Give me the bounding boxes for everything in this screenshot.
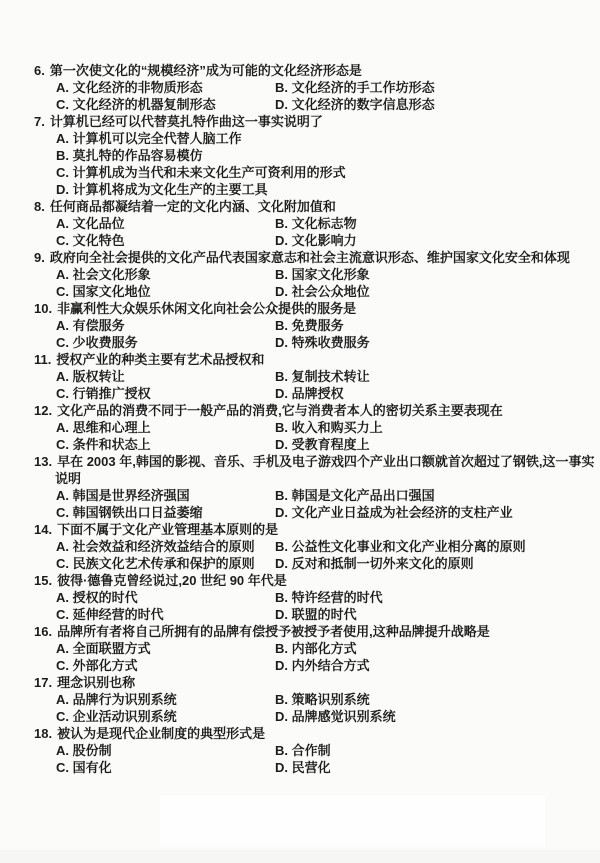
option-c: C. 韩国钢铁出口日益萎缩 bbox=[56, 504, 275, 521]
option-row: C. 韩国钢铁出口日益萎缩D. 文化产业日益成为社会经济的支柱产业 bbox=[0, 504, 600, 521]
option-a: A. 股份制 bbox=[56, 742, 275, 759]
question-stem-text: 下面不属于文化产业管理基本原则的是 bbox=[57, 522, 278, 537]
option-row: A. 社会效益和经济效益结合的原则B. 公益性文化事业和文化产业相分离的原则 bbox=[0, 538, 600, 555]
option-b: B. 收入和购买力上 bbox=[275, 419, 383, 436]
option-row: C. 行销推广授权D. 品牌授权 bbox=[0, 385, 600, 402]
option-b: B. 策略识别系统 bbox=[275, 691, 370, 708]
question-stem-text: 政府向全社会提供的文化产品代表国家意志和社会主流意识形态、维护国家文化安全和体现 bbox=[50, 250, 570, 265]
option-a: A. 授权的时代 bbox=[56, 589, 275, 606]
option-b: B. 公益性文化事业和文化产业相分离的原则 bbox=[275, 538, 526, 555]
option-d: D. 民营化 bbox=[275, 759, 331, 776]
option-row: A. 思维和心理上B. 收入和购买力上 bbox=[0, 419, 600, 436]
option-row: C. 文化经济的机器复制形态D. 文化经济的数字信息形态 bbox=[0, 96, 600, 113]
question-item-18: 18.被认为是现代企业制度的典型形式是 A. 股份制B. 合作制 C. 国有化D… bbox=[0, 725, 600, 776]
option-row: C. 延伸经营的时代D. 联盟的时代 bbox=[0, 606, 600, 623]
question-number: 15. bbox=[34, 573, 52, 588]
question-item-14: 14.下面不属于文化产业管理基本原则的是 A. 社会效益和经济效益结合的原则B.… bbox=[0, 521, 600, 572]
option-d: D. 联盟的时代 bbox=[275, 606, 357, 623]
question-stem-text: 非赢利性大众娱乐休闲文化向社会公众提供的服务是 bbox=[57, 301, 356, 316]
question-item-9: 9.政府向全社会提供的文化产品代表国家意志和社会主流意识形态、维护国家文化安全和… bbox=[0, 249, 600, 300]
option-a: A. 文化品位 bbox=[56, 215, 275, 232]
option-row: C. 条件和状态上D. 受教育程度上 bbox=[0, 436, 600, 453]
question-item-6: 6.第一次使文化的“规模经济”成为可能的文化经济形态是 A. 文化经济的非物质形… bbox=[0, 62, 600, 113]
option-d: D. 计算机将成为文化生产的主要工具 bbox=[56, 181, 275, 198]
option-b: B. 复制技术转让 bbox=[275, 368, 370, 385]
option-row: A. 有偿服务B. 免费服务 bbox=[0, 317, 600, 334]
option-b: B. 文化经济的手工作坊形态 bbox=[275, 79, 435, 96]
question-stem: 11.授权产业的种类主要有艺术品授权和 bbox=[0, 351, 600, 368]
option-row: D. 计算机将成为文化生产的主要工具 bbox=[0, 181, 600, 198]
question-stem: 6.第一次使文化的“规模经济”成为可能的文化经济形态是 bbox=[0, 62, 600, 79]
option-c: C. 国家文化地位 bbox=[56, 283, 275, 300]
option-row: C. 外部化方式D. 内外结合方式 bbox=[0, 657, 600, 674]
question-stem: 9.政府向全社会提供的文化产品代表国家意志和社会主流意识形态、维护国家文化安全和… bbox=[0, 249, 600, 266]
option-c: C. 条件和状态上 bbox=[56, 436, 275, 453]
option-b: B. 内部化方式 bbox=[275, 640, 357, 657]
question-number: 10. bbox=[34, 301, 52, 316]
question-number: 8. bbox=[34, 199, 45, 214]
question-item-17: 17.理念识别也称 A. 品牌行为识别系统B. 策略识别系统 C. 企业活动识别… bbox=[0, 674, 600, 725]
question-number: 11. bbox=[34, 352, 51, 367]
question-stem: 12.文化产品的消费不同于一般产品的消费,它与消费者本人的密切关系主要表现在 bbox=[0, 402, 600, 419]
option-row: C. 计算机成为当代和未来文化生产可资利用的形式 bbox=[0, 164, 600, 181]
option-c: C. 国有化 bbox=[56, 759, 275, 776]
option-row: A. 文化品位B. 文化标志物 bbox=[0, 215, 600, 232]
option-a: A. 全面联盟方式 bbox=[56, 640, 275, 657]
option-c: C. 行销推广授权 bbox=[56, 385, 275, 402]
option-d: D. 文化影响力 bbox=[275, 232, 357, 249]
option-a: A. 品牌行为识别系统 bbox=[56, 691, 275, 708]
option-row: A. 计算机可以完全代替人脑工作 bbox=[0, 130, 600, 147]
question-stem: 13.早在 2003 年,韩国的影视、音乐、手机及电子游戏四个产业出口额就首次超… bbox=[0, 453, 600, 470]
scan-artifact-band bbox=[0, 850, 600, 863]
option-row: C. 少收费服务D. 特殊收费服务 bbox=[0, 334, 600, 351]
question-item-13: 13.早在 2003 年,韩国的影视、音乐、手机及电子游戏四个产业出口额就首次超… bbox=[0, 453, 600, 521]
option-a: A. 计算机可以完全代替人脑工作 bbox=[56, 130, 275, 147]
option-a: A. 文化经济的非物质形态 bbox=[56, 79, 275, 96]
option-d: D. 社会公众地位 bbox=[275, 283, 370, 300]
option-d: D. 特殊收费服务 bbox=[275, 334, 370, 351]
option-b: B. 特许经营的时代 bbox=[275, 589, 383, 606]
option-d: D. 文化经济的数字信息形态 bbox=[275, 96, 435, 113]
question-item-12: 12.文化产品的消费不同于一般产品的消费,它与消费者本人的密切关系主要表现在 A… bbox=[0, 402, 600, 453]
question-stem: 15.彼得·德鲁克曾经说过,20 世纪 90 年代是 bbox=[0, 572, 600, 589]
question-stem: 18.被认为是现代企业制度的典型形式是 bbox=[0, 725, 600, 742]
option-c: C. 外部化方式 bbox=[56, 657, 275, 674]
option-row: A. 授权的时代B. 特许经营的时代 bbox=[0, 589, 600, 606]
option-row: A. 品牌行为识别系统B. 策略识别系统 bbox=[0, 691, 600, 708]
option-d: D. 品牌授权 bbox=[275, 385, 344, 402]
option-row: A. 版权转让B. 复制技术转让 bbox=[0, 368, 600, 385]
option-a: A. 社会文化形象 bbox=[56, 266, 275, 283]
option-a: A. 有偿服务 bbox=[56, 317, 275, 334]
question-stem-text: 被认为是现代企业制度的典型形式是 bbox=[57, 726, 265, 741]
question-stem: 8.任何商品都凝结着一定的文化内涵、文化附加值和 bbox=[0, 198, 600, 215]
option-d: D. 品牌感觉识别系统 bbox=[275, 708, 396, 725]
question-list: 6.第一次使文化的“规模经济”成为可能的文化经济形态是 A. 文化经济的非物质形… bbox=[0, 62, 600, 776]
question-stem-text: 授权产业的种类主要有艺术品授权和 bbox=[56, 352, 264, 367]
question-stem-text: 任何商品都凝结着一定的文化内涵、文化附加值和 bbox=[50, 199, 336, 214]
scan-artifact-rect bbox=[160, 795, 545, 847]
question-item-8: 8.任何商品都凝结着一定的文化内涵、文化附加值和 A. 文化品位B. 文化标志物… bbox=[0, 198, 600, 249]
option-a: A. 社会效益和经济效益结合的原则 bbox=[56, 538, 275, 555]
option-b: B. 文化标志物 bbox=[275, 215, 357, 232]
question-number: 7. bbox=[34, 114, 45, 129]
question-stem: 17.理念识别也称 bbox=[0, 674, 600, 691]
option-row: C. 民族文化艺术传承和保护的原则D. 反对和抵制一切外来文化的原则 bbox=[0, 555, 600, 572]
option-row: C. 文化特色D. 文化影响力 bbox=[0, 232, 600, 249]
option-row: A. 全面联盟方式B. 内部化方式 bbox=[0, 640, 600, 657]
option-row: B. 莫扎特的作品容易模仿 bbox=[0, 147, 600, 164]
question-item-16: 16.品牌所有者将自己所拥有的品牌有偿授予被授予者使用,这种品牌提升战略是 A.… bbox=[0, 623, 600, 674]
question-stem-continuation: 说明 bbox=[0, 470, 600, 487]
question-number: 12. bbox=[34, 403, 52, 418]
option-b: B. 国家文化形象 bbox=[275, 266, 370, 283]
option-c: C. 文化经济的机器复制形态 bbox=[56, 96, 275, 113]
option-b: B. 莫扎特的作品容易模仿 bbox=[56, 147, 275, 164]
question-stem: 7.计算机已经可以代替莫扎特作曲这一事实说明了 bbox=[0, 113, 600, 130]
exam-page: 6.第一次使文化的“规模经济”成为可能的文化经济形态是 A. 文化经济的非物质形… bbox=[0, 0, 600, 863]
option-a: A. 版权转让 bbox=[56, 368, 275, 385]
option-row: C. 国有化D. 民营化 bbox=[0, 759, 600, 776]
question-stem-text: 品牌所有者将自己所拥有的品牌有偿授予被授予者使用,这种品牌提升战略是 bbox=[57, 624, 490, 639]
option-c: C. 民族文化艺术传承和保护的原则 bbox=[56, 555, 275, 572]
option-row: A. 社会文化形象B. 国家文化形象 bbox=[0, 266, 600, 283]
option-c: C. 少收费服务 bbox=[56, 334, 275, 351]
question-number: 14. bbox=[34, 522, 52, 537]
option-d: D. 受教育程度上 bbox=[275, 436, 370, 453]
option-b: B. 韩国是文化产品出口强国 bbox=[275, 487, 435, 504]
option-c: C. 计算机成为当代和未来文化生产可资利用的形式 bbox=[56, 164, 346, 181]
question-item-7: 7.计算机已经可以代替莫扎特作曲这一事实说明了 A. 计算机可以完全代替人脑工作… bbox=[0, 113, 600, 198]
option-row: C. 企业活动识别系统D. 品牌感觉识别系统 bbox=[0, 708, 600, 725]
option-c: C. 文化特色 bbox=[56, 232, 275, 249]
question-stem-text: 文化产品的消费不同于一般产品的消费,它与消费者本人的密切关系主要表现在 bbox=[57, 403, 503, 418]
option-row: C. 国家文化地位D. 社会公众地位 bbox=[0, 283, 600, 300]
option-b: B. 合作制 bbox=[275, 742, 331, 759]
question-stem: 14.下面不属于文化产业管理基本原则的是 bbox=[0, 521, 600, 538]
option-d: D. 内外结合方式 bbox=[275, 657, 370, 674]
question-stem: 10.非赢利性大众娱乐休闲文化向社会公众提供的服务是 bbox=[0, 300, 600, 317]
question-number: 9. bbox=[34, 250, 45, 265]
question-item-10: 10.非赢利性大众娱乐休闲文化向社会公众提供的服务是 A. 有偿服务B. 免费服… bbox=[0, 300, 600, 351]
option-row: A. 股份制B. 合作制 bbox=[0, 742, 600, 759]
option-row: A. 文化经济的非物质形态B. 文化经济的手工作坊形态 bbox=[0, 79, 600, 96]
question-item-11: 11.授权产业的种类主要有艺术品授权和 A. 版权转让B. 复制技术转让 C. … bbox=[0, 351, 600, 402]
question-stem: 16.品牌所有者将自己所拥有的品牌有偿授予被授予者使用,这种品牌提升战略是 bbox=[0, 623, 600, 640]
question-number: 6. bbox=[34, 63, 45, 78]
option-c: C. 企业活动识别系统 bbox=[56, 708, 275, 725]
option-row: A. 韩国是世界经济强国B. 韩国是文化产品出口强国 bbox=[0, 487, 600, 504]
question-stem-text: 理念识别也称 bbox=[57, 675, 135, 690]
option-d: D. 文化产业日益成为社会经济的支柱产业 bbox=[275, 504, 513, 521]
question-item-15: 15.彼得·德鲁克曾经说过,20 世纪 90 年代是 A. 授权的时代B. 特许… bbox=[0, 572, 600, 623]
question-stem-text: 计算机已经可以代替莫扎特作曲这一事实说明了 bbox=[50, 114, 323, 129]
option-c: C. 延伸经营的时代 bbox=[56, 606, 275, 623]
question-stem-text: 早在 2003 年,韩国的影视、音乐、手机及电子游戏四个产业出口额就首次超过了钢… bbox=[57, 454, 594, 469]
option-a: A. 思维和心理上 bbox=[56, 419, 275, 436]
question-stem-text: 第一次使文化的“规模经济”成为可能的文化经济形态是 bbox=[50, 63, 362, 78]
question-stem-text: 彼得·德鲁克曾经说过,20 世纪 90 年代是 bbox=[57, 573, 287, 588]
question-number: 16. bbox=[34, 624, 52, 639]
question-number: 13. bbox=[34, 454, 52, 469]
question-number: 18. bbox=[34, 726, 52, 741]
option-d: D. 反对和抵制一切外来文化的原则 bbox=[275, 555, 474, 572]
option-b: B. 免费服务 bbox=[275, 317, 344, 334]
question-number: 17. bbox=[34, 675, 52, 690]
option-a: A. 韩国是世界经济强国 bbox=[56, 487, 275, 504]
